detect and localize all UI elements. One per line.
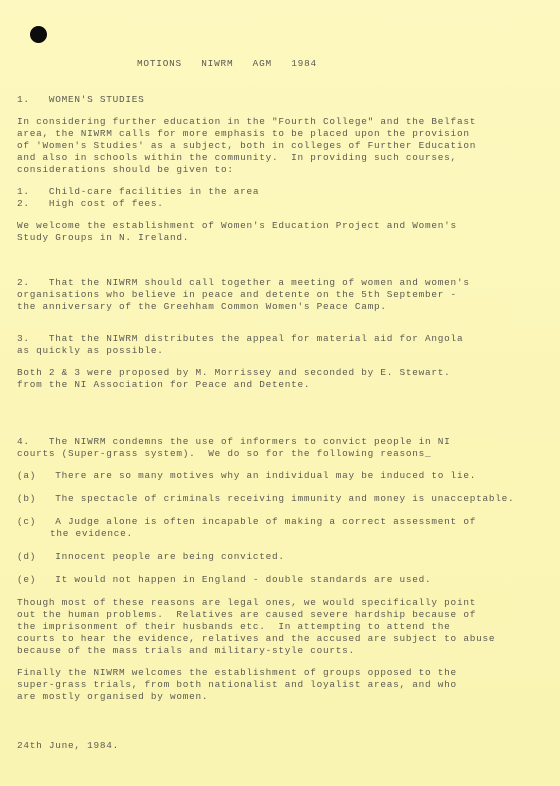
punch-hole (30, 26, 47, 43)
finally-line: super-grass trials, from both nationalis… (17, 679, 457, 691)
section-3-line: 3. That the NIWRM distributes the appeal… (17, 333, 463, 345)
document-page: MOTIONS NIWRM AGM 1984 1. WOMEN'S STUDIE… (0, 0, 560, 786)
section-4-intro-line: 4. The NIWRM condemns the use of informe… (17, 436, 451, 448)
reason-e: (e) It would not happen in England - dou… (17, 574, 431, 586)
human-problems-line: the imprisonment of their husbands etc. … (17, 621, 451, 633)
document-date: 24th June, 1984. (17, 740, 119, 752)
considerations-list-item: 1. Child-care facilities in the area (17, 186, 259, 198)
finally-line: Finally the NIWRM welcomes the establish… (17, 667, 457, 679)
human-problems-line: out the human problems. Relatives are ca… (17, 609, 476, 621)
human-problems-line: because of the mass trials and military-… (17, 645, 355, 657)
section-2-line: 2. That the NIWRM should call together a… (17, 277, 470, 289)
section-4-intro-line: courts (Super-grass system). We do so fo… (17, 448, 431, 460)
reason-b: (b) The spectacle of criminals receiving… (17, 493, 514, 505)
section-1-paragraph-line: and also in schools within the community… (17, 152, 457, 164)
reason-a: (a) There are so many motives why an ind… (17, 470, 476, 482)
welcome-line: Study Groups in N. Ireland. (17, 232, 189, 244)
section-1-paragraph-line: In considering further education in the … (17, 116, 476, 128)
section-1-heading: 1. WOMEN'S STUDIES (17, 94, 145, 106)
document-title: MOTIONS NIWRM AGM 1984 (137, 58, 317, 69)
section-3-line: as quickly as possible. (17, 345, 164, 357)
human-problems-line: Though most of these reasons are legal o… (17, 597, 476, 609)
proposal-line: from the NI Association for Peace and De… (17, 379, 310, 391)
section-1-paragraph-line: of 'Women's Studies' as a subject, both … (17, 140, 476, 152)
proposal-line: Both 2 & 3 were proposed by M. Morrissey… (17, 367, 451, 379)
human-problems-line: courts to hear the evidence, relatives a… (17, 633, 495, 645)
section-1-paragraph-line: considerations should be given to: (17, 164, 234, 176)
welcome-line: We welcome the establishment of Women's … (17, 220, 457, 232)
section-1-paragraph-line: area, the NIWRM calls for more emphasis … (17, 128, 470, 140)
considerations-list-item: 2. High cost of fees. (17, 198, 164, 210)
reason-c-continued: the evidence. (50, 528, 133, 540)
finally-line: are mostly organised by women. (17, 691, 208, 703)
reason-c: (c) A Judge alone is often incapable of … (17, 516, 476, 528)
reason-d: (d) Innocent people are being convicted. (17, 551, 285, 563)
section-2-line: the anniversary of the Greehham Common W… (17, 301, 387, 313)
section-2-line: organisations who believe in peace and d… (17, 289, 457, 301)
